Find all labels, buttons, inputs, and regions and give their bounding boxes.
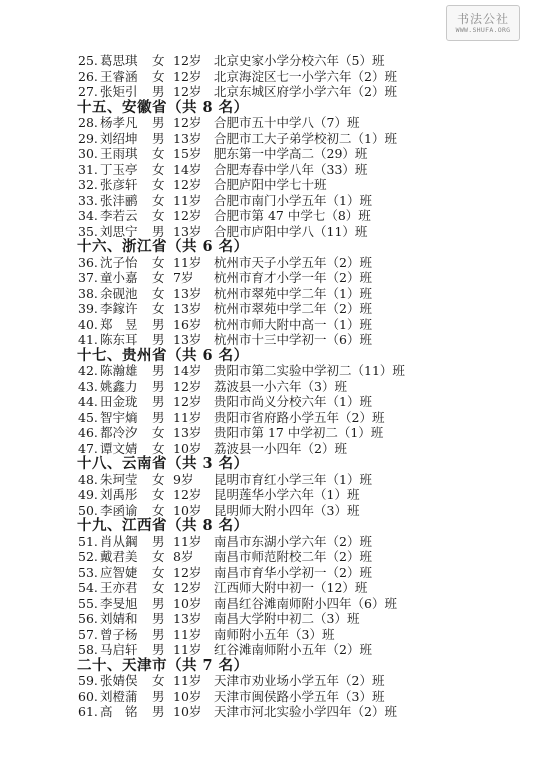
entry-num: 33. bbox=[78, 193, 98, 209]
list-item: 57.曾子杨男11岁南师附小五年（3）班 bbox=[78, 627, 518, 643]
list-item: 28.杨孝凡男12岁合肥市五十中学八（7）班 bbox=[78, 115, 518, 131]
entry-school: 贵阳市尚义分校六年（1）班 bbox=[214, 394, 372, 410]
watermark-logo: 书法公社 WWW.SHUFA.ORG bbox=[446, 5, 520, 41]
entry-name: 刘禹彤 bbox=[100, 487, 138, 503]
entry-age: 11岁 bbox=[173, 193, 201, 209]
list-item: 51.肖从鋼男11岁南昌市东湖小学六年（2）班 bbox=[78, 534, 518, 550]
entry-school: 南昌市师范附校二年（2）班 bbox=[214, 549, 372, 565]
entry-num: 44. bbox=[78, 394, 98, 410]
list-item: 32.张彦轩女12岁合肥庐阳中学七十班 bbox=[78, 177, 518, 193]
entry-age: 12岁 bbox=[173, 487, 201, 503]
list-item: 33.张沣鹂女11岁合肥市南门小学五年（1）班 bbox=[78, 193, 518, 209]
list-item: 50.李函谕女10岁昆明师大附小四年（3）班 bbox=[78, 503, 518, 519]
section-header: 十六、浙江省（共 6 名） bbox=[77, 239, 517, 255]
entry-age: 11岁 bbox=[173, 642, 201, 658]
entry-gender: 女 bbox=[152, 255, 165, 271]
entry-name: 应智婕 bbox=[100, 565, 138, 581]
entry-name: 马启轩 bbox=[100, 642, 138, 658]
entry-gender: 男 bbox=[152, 115, 165, 131]
list-item: 27.张矩引男12岁北京东城区府学小学六年（2）班 bbox=[78, 84, 518, 100]
list-item: 43.姚鑫力男12岁荔波县一小六年（3）班 bbox=[78, 379, 518, 395]
entry-age: 12岁 bbox=[173, 379, 201, 395]
list-item: 42.陈瀚雄男14岁贵阳市第二实验中学初二（11）班 bbox=[78, 363, 518, 379]
entry-age: 10岁 bbox=[173, 596, 201, 612]
entry-num: 40. bbox=[78, 317, 98, 333]
entry-school: 杭州市天子小学五年（2）班 bbox=[214, 255, 372, 271]
entry-name: 刘思宁 bbox=[100, 224, 138, 240]
entry-school: 杭州市十三中学初一（6）班 bbox=[214, 332, 372, 348]
entry-num: 60. bbox=[78, 689, 98, 705]
entry-name: 张彦轩 bbox=[100, 177, 138, 193]
entry-age: 10岁 bbox=[173, 704, 201, 720]
entry-gender: 女 bbox=[152, 549, 165, 565]
entry-name: 张婧俣 bbox=[100, 673, 138, 689]
entry-age: 16岁 bbox=[173, 317, 201, 333]
entry-age: 14岁 bbox=[173, 363, 201, 379]
entry-num: 28. bbox=[78, 115, 98, 131]
list-item: 61.高 铭男10岁天津市河北实验小学四年（2）班 bbox=[78, 704, 518, 720]
list-item: 56.刘婧和男13岁南昌大学附中初二（3）班 bbox=[78, 611, 518, 627]
entry-age: 12岁 bbox=[173, 580, 201, 596]
entry-school: 南昌市育华小学初一（2）班 bbox=[214, 565, 372, 581]
entry-num: 35. bbox=[78, 224, 98, 240]
entry-num: 36. bbox=[78, 255, 98, 271]
entry-num: 34. bbox=[78, 208, 98, 224]
entry-num: 45. bbox=[78, 410, 98, 426]
entry-num: 48. bbox=[78, 472, 98, 488]
entry-age: 12岁 bbox=[173, 84, 201, 100]
entry-num: 42. bbox=[78, 363, 98, 379]
entry-school: 合肥市工大子弟学校初二（1）班 bbox=[214, 131, 397, 147]
entry-name: 余砚池 bbox=[100, 286, 138, 302]
entry-age: 10岁 bbox=[173, 689, 201, 705]
entry-school: 贵阳市第二实验中学初二（11）班 bbox=[214, 363, 405, 379]
entry-name: 王亦君 bbox=[100, 580, 138, 596]
list-item: 55.李旻旭男10岁南昌红谷滩南师附小四年（6）班 bbox=[78, 596, 518, 612]
entry-num: 54. bbox=[78, 580, 98, 596]
entry-num: 52. bbox=[78, 549, 98, 565]
entry-age: 13岁 bbox=[173, 611, 201, 627]
entry-school: 荔波县一小四年（2）班 bbox=[214, 441, 347, 457]
entry-num: 50. bbox=[78, 503, 98, 519]
entry-school: 南昌大学附中初二（3）班 bbox=[214, 611, 359, 627]
list-item: 45.智宇熵男11岁贵阳市省府路小学五年（2）班 bbox=[78, 410, 518, 426]
entry-gender: 女 bbox=[152, 270, 165, 286]
entry-gender: 女 bbox=[152, 69, 165, 85]
watermark-logo-text: 书法公社 bbox=[457, 12, 509, 26]
entry-school: 贵阳市第 17 中学初二（1）班 bbox=[214, 425, 383, 441]
entry-gender: 男 bbox=[152, 596, 165, 612]
entry-gender: 男 bbox=[152, 332, 165, 348]
entry-gender: 女 bbox=[152, 177, 165, 193]
list-item: 52.戴君美女8岁南昌市师范附校二年（2）班 bbox=[78, 549, 518, 565]
entry-num: 37. bbox=[78, 270, 98, 286]
entry-num: 56. bbox=[78, 611, 98, 627]
entry-name: 张矩引 bbox=[100, 84, 138, 100]
entry-school: 合肥市第 47 中学七（8）班 bbox=[214, 208, 371, 224]
list-item: 40.郑 昱男16岁杭州市师大附中高一（1）班 bbox=[78, 317, 518, 333]
entry-num: 26. bbox=[78, 69, 98, 85]
entry-age: 14岁 bbox=[173, 162, 201, 178]
entry-age: 10岁 bbox=[173, 441, 201, 457]
entry-name: 肖从鋼 bbox=[100, 534, 138, 550]
entry-school: 合肥市庐阳中学八（11）班 bbox=[214, 224, 367, 240]
list-item: 31.丁玉亭女14岁合肥寿春中学八年（33）班 bbox=[78, 162, 518, 178]
entry-age: 15岁 bbox=[173, 146, 201, 162]
entry-gender: 男 bbox=[152, 224, 165, 240]
entry-num: 59. bbox=[78, 673, 98, 689]
entry-name: 陈瀚雄 bbox=[100, 363, 138, 379]
entry-num: 61. bbox=[78, 704, 98, 720]
entry-gender: 男 bbox=[152, 394, 165, 410]
section-header: 十五、安徽省（共 8 名） bbox=[77, 100, 517, 116]
entry-age: 7岁 bbox=[173, 270, 193, 286]
entry-name: 智宇熵 bbox=[100, 410, 138, 426]
entry-school: 杭州市师大附中高一（1）班 bbox=[214, 317, 372, 333]
entry-gender: 女 bbox=[152, 286, 165, 302]
list-item: 38.余砚池女13岁杭州市翠苑中学二年（1）班 bbox=[78, 286, 518, 302]
entry-num: 51. bbox=[78, 534, 98, 550]
entry-school: 北京东城区府学小学六年（2）班 bbox=[214, 84, 397, 100]
entry-num: 46. bbox=[78, 425, 98, 441]
entry-gender: 男 bbox=[152, 534, 165, 550]
entry-name: 高 铭 bbox=[100, 704, 138, 720]
list-item: 53.应智婕女12岁南昌市育华小学初一（2）班 bbox=[78, 565, 518, 581]
entry-name: 刘橙蒲 bbox=[100, 689, 138, 705]
list-item: 60.刘橙蒲男10岁天津市闽侯路小学五年（3）班 bbox=[78, 689, 518, 705]
list-item: 58.马启轩男11岁红谷滩南师附小五年（2）班 bbox=[78, 642, 518, 658]
entry-gender: 女 bbox=[152, 208, 165, 224]
entry-gender: 男 bbox=[152, 410, 165, 426]
entry-num: 32. bbox=[78, 177, 98, 193]
entry-name: 张沣鹂 bbox=[100, 193, 138, 209]
entry-name: 谭文婧 bbox=[100, 441, 138, 457]
watermark-url: WWW.SHUFA.ORG bbox=[456, 26, 511, 35]
entry-gender: 女 bbox=[152, 146, 165, 162]
entry-name: 田金珑 bbox=[100, 394, 138, 410]
entry-name: 朱珂莹 bbox=[100, 472, 138, 488]
entry-gender: 女 bbox=[152, 565, 165, 581]
entry-num: 57. bbox=[78, 627, 98, 643]
entry-age: 10岁 bbox=[173, 503, 201, 519]
participant-list: 25.葛思琪女12岁北京史家小学分校六年（5）班26.王睿涵女12岁北京海淀区七… bbox=[78, 53, 518, 720]
entry-age: 12岁 bbox=[173, 69, 201, 85]
entry-num: 31. bbox=[78, 162, 98, 178]
entry-num: 38. bbox=[78, 286, 98, 302]
list-item: 30.王雨琪女15岁肥东第一中学高二（29）班 bbox=[78, 146, 518, 162]
entry-age: 11岁 bbox=[173, 673, 201, 689]
entry-age: 13岁 bbox=[173, 286, 201, 302]
entry-school: 红谷滩南师附小五年（2）班 bbox=[214, 642, 372, 658]
list-item: 48.朱珂莹女9岁昆明市育红小学三年（1）班 bbox=[78, 472, 518, 488]
entry-num: 25. bbox=[78, 53, 98, 69]
entry-gender: 男 bbox=[152, 317, 165, 333]
entry-name: 李函谕 bbox=[100, 503, 138, 519]
entry-age: 11岁 bbox=[173, 534, 201, 550]
list-item: 39.李鎵许女13岁杭州市翠苑中学二年（2）班 bbox=[78, 301, 518, 317]
entry-num: 29. bbox=[78, 131, 98, 147]
entry-num: 30. bbox=[78, 146, 98, 162]
list-item: 34.李若云女12岁合肥市第 47 中学七（8）班 bbox=[78, 208, 518, 224]
list-item: 49.刘禹彤女12岁昆明莲华小学六年（1）班 bbox=[78, 487, 518, 503]
entry-school: 北京海淀区七一小学六年（2）班 bbox=[214, 69, 397, 85]
list-item: 37.童小嘉女7岁杭州市育才小学一年（2）班 bbox=[78, 270, 518, 286]
entry-school: 天津市闽侯路小学五年（3）班 bbox=[214, 689, 384, 705]
entry-gender: 女 bbox=[152, 441, 165, 457]
entry-name: 李旻旭 bbox=[100, 596, 138, 612]
entry-school: 合肥庐阳中学七十班 bbox=[214, 177, 327, 193]
entry-gender: 女 bbox=[152, 162, 165, 178]
entry-age: 12岁 bbox=[173, 53, 201, 69]
entry-name: 曾子杨 bbox=[100, 627, 138, 643]
section-header: 十七、贵州省（共 6 名） bbox=[77, 348, 517, 364]
entry-gender: 男 bbox=[152, 627, 165, 643]
entry-name: 戴君美 bbox=[100, 549, 138, 565]
entry-school: 江西师大附中初一（12）班 bbox=[214, 580, 367, 596]
entry-age: 12岁 bbox=[173, 208, 201, 224]
section-header: 二十、天津市（共 7 名） bbox=[77, 658, 517, 674]
entry-name: 杨孝凡 bbox=[100, 115, 138, 131]
entry-age: 11岁 bbox=[173, 410, 201, 426]
entry-school: 南师附小五年（3）班 bbox=[214, 627, 334, 643]
entry-name: 王睿涵 bbox=[100, 69, 138, 85]
entry-gender: 女 bbox=[152, 193, 165, 209]
list-item: 59.张婧俣女11岁天津市劝业场小学五年（2）班 bbox=[78, 673, 518, 689]
entry-school: 北京史家小学分校六年（5）班 bbox=[214, 53, 384, 69]
entry-name: 李鎵许 bbox=[100, 301, 138, 317]
entry-school: 合肥市南门小学五年（1）班 bbox=[214, 193, 372, 209]
list-item: 54.王亦君女12岁江西师大附中初一（12）班 bbox=[78, 580, 518, 596]
entry-age: 11岁 bbox=[173, 255, 201, 271]
entry-num: 43. bbox=[78, 379, 98, 395]
entry-num: 27. bbox=[78, 84, 98, 100]
entry-age: 12岁 bbox=[173, 565, 201, 581]
entry-name: 丁玉亭 bbox=[100, 162, 138, 178]
entry-name: 沈子怡 bbox=[100, 255, 138, 271]
entry-gender: 男 bbox=[152, 84, 165, 100]
entry-name: 刘婧和 bbox=[100, 611, 138, 627]
entry-gender: 男 bbox=[152, 379, 165, 395]
list-item: 44.田金珑男12岁贵阳市尚义分校六年（1）班 bbox=[78, 394, 518, 410]
entry-school: 合肥市五十中学八（7）班 bbox=[214, 115, 359, 131]
entry-name: 葛思琪 bbox=[100, 53, 138, 69]
entry-gender: 女 bbox=[152, 673, 165, 689]
entry-num: 49. bbox=[78, 487, 98, 503]
entry-num: 55. bbox=[78, 596, 98, 612]
entry-gender: 女 bbox=[152, 425, 165, 441]
list-item: 25.葛思琪女12岁北京史家小学分校六年（5）班 bbox=[78, 53, 518, 69]
entry-gender: 女 bbox=[152, 472, 165, 488]
entry-age: 13岁 bbox=[173, 224, 201, 240]
section-header: 十九、江西省（共 8 名） bbox=[77, 518, 517, 534]
entry-age: 13岁 bbox=[173, 425, 201, 441]
entry-gender: 男 bbox=[152, 611, 165, 627]
section-header: 十八、云南省（共 3 名） bbox=[77, 456, 517, 472]
entry-school: 荔波县一小六年（3）班 bbox=[214, 379, 347, 395]
entry-gender: 女 bbox=[152, 301, 165, 317]
entry-age: 12岁 bbox=[173, 394, 201, 410]
entry-school: 南昌红谷滩南师附小四年（6）班 bbox=[214, 596, 397, 612]
entry-name: 王雨琪 bbox=[100, 146, 138, 162]
entry-name: 童小嘉 bbox=[100, 270, 138, 286]
entry-age: 13岁 bbox=[173, 301, 201, 317]
entry-name: 陈东耳 bbox=[100, 332, 138, 348]
list-item: 47.谭文婧女10岁荔波县一小四年（2）班 bbox=[78, 441, 518, 457]
entry-gender: 男 bbox=[152, 131, 165, 147]
entry-age: 12岁 bbox=[173, 115, 201, 131]
entry-school: 贵阳市省府路小学五年（2）班 bbox=[214, 410, 384, 426]
entry-age: 8岁 bbox=[173, 549, 193, 565]
entry-school: 杭州市翠苑中学二年（1）班 bbox=[214, 286, 372, 302]
entry-school: 杭州市翠苑中学二年（2）班 bbox=[214, 301, 372, 317]
entry-num: 58. bbox=[78, 642, 98, 658]
entry-gender: 女 bbox=[152, 487, 165, 503]
entry-school: 肥东第一中学高二（29）班 bbox=[214, 146, 367, 162]
entry-gender: 男 bbox=[152, 704, 165, 720]
entry-school: 合肥寿春中学八年（33）班 bbox=[214, 162, 367, 178]
entry-school: 昆明莲华小学六年（1）班 bbox=[214, 487, 359, 503]
list-item: 46.都冷汐女13岁贵阳市第 17 中学初二（1）班 bbox=[78, 425, 518, 441]
list-item: 26.王睿涵女12岁北京海淀区七一小学六年（2）班 bbox=[78, 69, 518, 85]
entry-age: 11岁 bbox=[173, 627, 201, 643]
entry-school: 杭州市育才小学一年（2）班 bbox=[214, 270, 372, 286]
entry-name: 李若云 bbox=[100, 208, 138, 224]
entry-name: 都冷汐 bbox=[100, 425, 138, 441]
entry-age: 13岁 bbox=[173, 131, 201, 147]
entry-gender: 女 bbox=[152, 503, 165, 519]
entry-name: 姚鑫力 bbox=[100, 379, 138, 395]
entry-school: 天津市劝业场小学五年（2）班 bbox=[214, 673, 384, 689]
entry-gender: 女 bbox=[152, 580, 165, 596]
entry-gender: 男 bbox=[152, 363, 165, 379]
list-item: 36.沈子怡女11岁杭州市天子小学五年（2）班 bbox=[78, 255, 518, 271]
entry-age: 12岁 bbox=[173, 177, 201, 193]
entry-school: 南昌市东湖小学六年（2）班 bbox=[214, 534, 372, 550]
entry-num: 41. bbox=[78, 332, 98, 348]
entry-school: 天津市河北实验小学四年（2）班 bbox=[214, 704, 397, 720]
entry-name: 郑 昱 bbox=[100, 317, 138, 333]
entry-num: 39. bbox=[78, 301, 98, 317]
entry-school: 昆明市育红小学三年（1）班 bbox=[214, 472, 372, 488]
entry-num: 47. bbox=[78, 441, 98, 457]
entry-gender: 女 bbox=[152, 53, 165, 69]
list-item: 35.刘思宁男13岁合肥市庐阳中学八（11）班 bbox=[78, 224, 518, 240]
entry-name: 刘绍坤 bbox=[100, 131, 138, 147]
list-item: 29.刘绍坤男13岁合肥市工大子弟学校初二（1）班 bbox=[78, 131, 518, 147]
list-item: 41.陈东耳男13岁杭州市十三中学初一（6）班 bbox=[78, 332, 518, 348]
entry-school: 昆明师大附小四年（3）班 bbox=[214, 503, 359, 519]
entry-num: 53. bbox=[78, 565, 98, 581]
entry-age: 9岁 bbox=[173, 472, 193, 488]
entry-gender: 男 bbox=[152, 642, 165, 658]
entry-age: 13岁 bbox=[173, 332, 201, 348]
entry-gender: 男 bbox=[152, 689, 165, 705]
